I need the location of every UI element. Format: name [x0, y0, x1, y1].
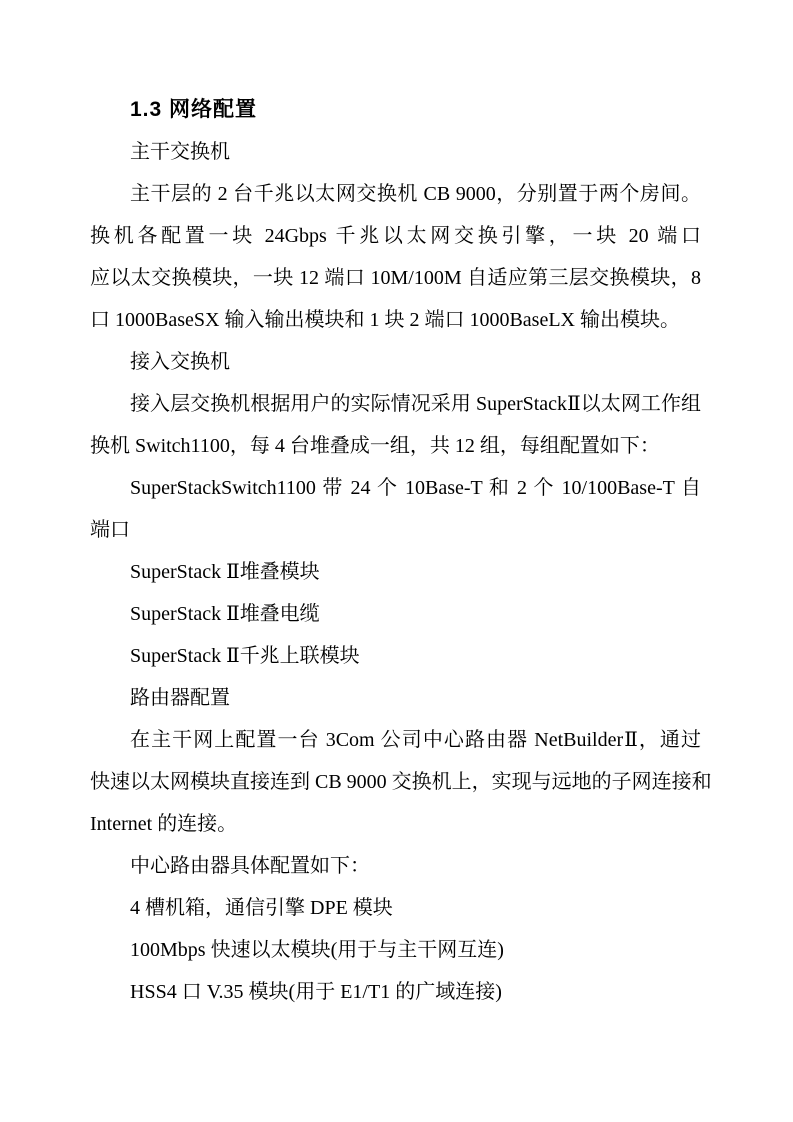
text-line: SuperStackSwitch1100 带 24 个 10Base-T 和 2… — [90, 467, 701, 509]
text-line: 在主干网上配置一台 3Com 公司中心路由器 NetBuilderⅡ，通过 10… — [90, 719, 701, 761]
text-line: 主干交换机 — [90, 131, 701, 173]
text-line: Internet 的连接。 — [90, 803, 701, 845]
text-line: 换机 Switch1100，每 4 台堆叠成一组，共 12 组，每组配置如下： — [90, 425, 701, 467]
text-line: 换机各配置一块 24Gbps 千兆以太网交换引擎，一块 20 端口 10M/10… — [90, 215, 701, 257]
document-page: 1.3 网络配置 主干交换机 主干层的 2 台千兆以太网交换机 CB 9000，… — [0, 0, 793, 1122]
text-line: 100Mbps 快速以太模块(用于与主干网互连) — [90, 929, 701, 971]
text-line: SuperStack Ⅱ堆叠模块 — [90, 551, 701, 593]
text-line: 应以太交换模块，一块 12 端口 10M/100M 自适应第三层交换模块，8 块… — [90, 257, 701, 299]
text-line: 接入层交换机根据用户的实际情况采用 SuperStackⅡ以太网工作组交 — [90, 383, 701, 425]
text-line: SuperStack Ⅱ堆叠电缆 — [90, 593, 701, 635]
section-heading: 1.3 网络配置 — [90, 89, 701, 131]
text-line: 快速以太网模块直接连到 CB 9000 交换机上，实现与远地的子网连接和 — [90, 761, 701, 803]
text-line: 路由器配置 — [90, 677, 701, 719]
text-line: SuperStack Ⅱ千兆上联模块 — [90, 635, 701, 677]
text-line: HSS4 口 V.35 模块(用于 E1/T1 的广域连接) — [90, 971, 701, 1013]
text-line: 中心路由器具体配置如下： — [90, 845, 701, 887]
text-line: 接入交换机 — [90, 341, 701, 383]
text-line: 端口 — [90, 509, 701, 551]
text-line: 主干层的 2 台千兆以太网交换机 CB 9000，分别置于两个房间。主干交 — [90, 173, 701, 215]
text-line: 口 1000BaseSX 输入输出模块和 1 块 2 端口 1000BaseLX… — [90, 299, 701, 341]
text-line: 4 槽机箱，通信引擎 DPE 模块 — [90, 887, 701, 929]
